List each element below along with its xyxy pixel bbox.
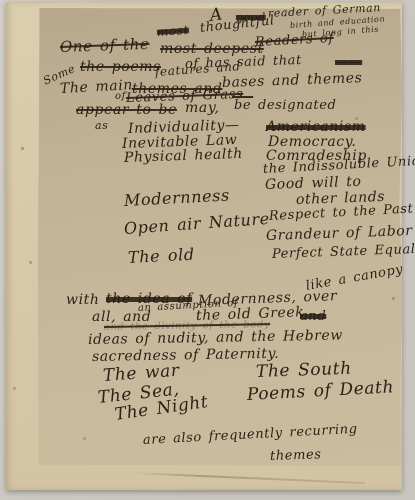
handwriting-segment: Perfect State Equality <box>272 242 415 261</box>
handwriting-segment: Americanism <box>266 120 366 134</box>
handwriting-layer: Agoodreader of Germanbirth and education… <box>0 0 415 500</box>
handwriting-segment: Poems of Death <box>247 379 395 404</box>
handwriting-segment: with <box>66 293 100 307</box>
handwriting-segment: Open air Nature <box>123 211 270 237</box>
handwriting-segment: One of the <box>60 37 150 55</box>
handwriting-segment: be designated <box>234 99 336 112</box>
handwriting-segment: Physical health <box>124 147 243 165</box>
handwriting-segment: ideas of nudity, and the Hebrew <box>88 329 343 347</box>
handwriting-segment: sacredness of Paternity. <box>92 347 279 364</box>
handwriting-segment: The old <box>128 247 195 266</box>
handwriting-segment: —— <box>335 56 362 69</box>
handwriting-segment: Readers of <box>255 32 334 49</box>
handwriting-segment: Respect to the Past <box>269 202 414 223</box>
handwriting-segment: are also frequently recurring <box>143 423 358 447</box>
handwriting-segment: and <box>300 310 326 323</box>
handwriting-segment: Grandeur of Labor <box>266 224 413 243</box>
handwriting-segment: the poems <box>80 60 161 74</box>
handwriting-segment: themes <box>270 448 322 463</box>
handwriting-segment: The South <box>256 361 352 381</box>
scanned-manuscript-photo: Agoodreader of Germanbirth and education… <box>0 0 415 500</box>
handwriting-segment: as <box>95 120 108 131</box>
handwriting-segment: Modernness <box>124 187 231 209</box>
handwriting-segment: of <box>115 92 126 102</box>
handwriting-segment: may, <box>185 101 220 115</box>
handwriting-segment: most <box>157 24 190 38</box>
handwriting-segment: Democracy. <box>268 135 356 149</box>
handwriting-segment: appear to be <box>76 103 177 117</box>
